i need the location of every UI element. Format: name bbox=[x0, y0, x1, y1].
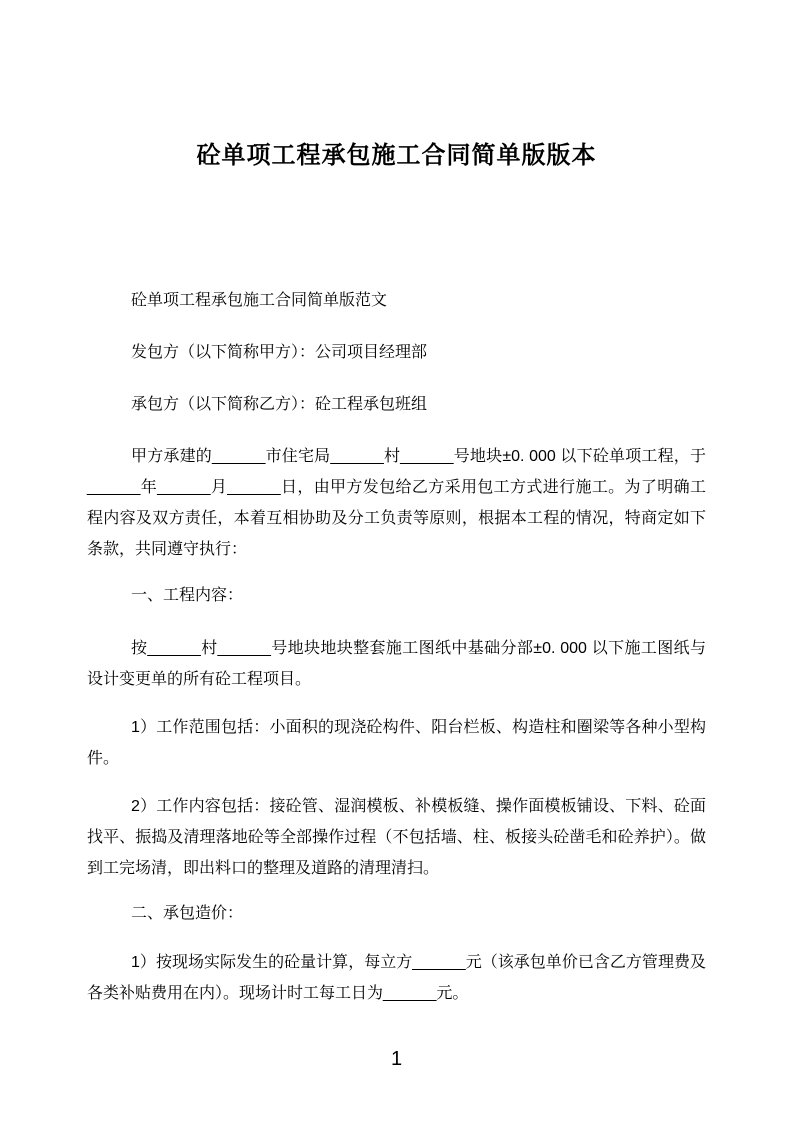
page-number: 1 bbox=[0, 1044, 793, 1075]
document-subtitle: 砼单项工程承包施工合同简单版范文 bbox=[87, 285, 706, 316]
contract-price-item: 1）按现场实际发生的砼量计算，每立方______元（该承包单价已含乙方管理费及各… bbox=[87, 947, 706, 1009]
section-1-scope-paragraph: 按______村______号地块地块整套施工图纸中基础分部±0. 000 以下… bbox=[87, 633, 706, 695]
party-a-line: 发包方（以下简称甲方）：公司项目经理部 bbox=[87, 337, 706, 368]
document-title: 砼单项工程承包施工合同简单版版本 bbox=[87, 0, 706, 172]
preamble-paragraph: 甲方承建的______市住宅局______村______号地块±0. 000 以… bbox=[87, 441, 706, 565]
party-b-line: 承包方（以下简称乙方）：砼工程承包班组 bbox=[87, 389, 706, 420]
work-content-item: 2）工作内容包括：接砼管、湿润模板、补模板缝、操作面模板铺设、下料、砼面找平、振… bbox=[87, 791, 706, 884]
work-scope-item: 1）工作范围包括：小面积的现浇砼构件、阳台栏板、构造柱和圈梁等各种小型构件。 bbox=[87, 712, 706, 774]
document-page: 砼单项工程承包施工合同简单版版本 砼单项工程承包施工合同简单版范文 发包方（以下… bbox=[0, 0, 793, 1122]
section-2-heading: 二、承包造价： bbox=[87, 898, 706, 929]
section-1-heading: 一、工程内容： bbox=[87, 580, 706, 611]
